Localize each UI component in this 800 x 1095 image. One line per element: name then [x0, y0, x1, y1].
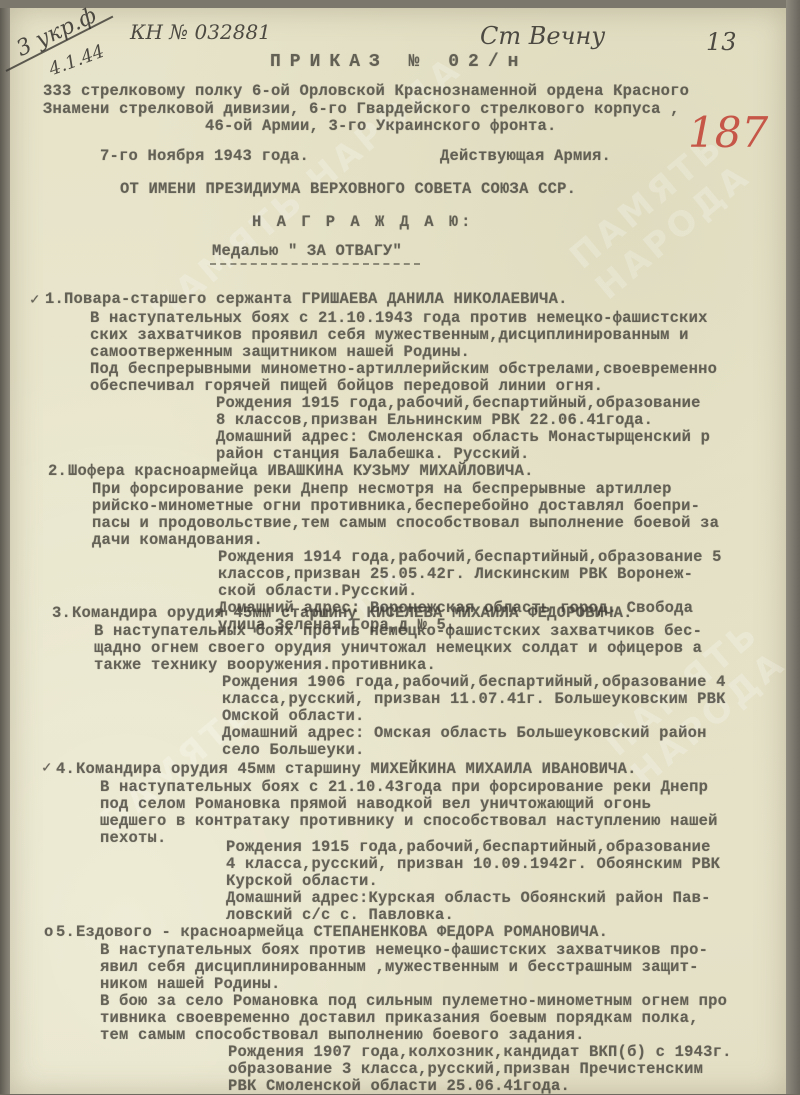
- unit-line-1: 333 стрелковому полку 6-ой Орловской Кра…: [43, 82, 689, 100]
- entry-5-text: ником нашей Родины.: [100, 975, 281, 993]
- entry-3-bio: Рождения 1906 года,рабочий,беспартийный,…: [222, 673, 726, 691]
- entry-5-text: тем самым способствовал выполнению боево…: [100, 1026, 585, 1044]
- entry-5-heading: Ездового - красноармейца СТЕПАНЕНКОВА ФЕ…: [76, 923, 608, 941]
- entry-2-text: дачи командования.: [92, 531, 263, 549]
- entry-1-number: 1.: [45, 290, 64, 308]
- order-location: Действующая Армия.: [440, 147, 611, 165]
- unit-line-2: Знамени стрелковой дивизии, 6-го Гвардей…: [43, 100, 680, 118]
- entry-3-number: 3.: [52, 604, 71, 622]
- entry-5-text: тивника своевременно доставил приказания…: [100, 1009, 699, 1027]
- entry-2-bio: классов,призван 25.05.42г. Лискинским РВ…: [218, 565, 693, 583]
- scan-top-edge: [0, 0, 800, 8]
- scan-right-edge: [786, 0, 800, 1094]
- entry-3-text: В наступательных боях против немецко-фаш…: [94, 622, 702, 640]
- entry-5-bio: РВК Смоленской области 25.06.41года.: [228, 1077, 570, 1094]
- order-title: ПРИКАЗ № 02/н: [270, 52, 527, 72]
- entry-4-text: под селом Романовка прямой наводкой вел …: [100, 795, 651, 813]
- entry-3-bio: класса,русский, призван 11.07.41г. Больш…: [222, 690, 726, 708]
- entry-4-bio: Домашний адрес:Курская область Обоянский…: [226, 889, 711, 907]
- entry-4-number: 4.: [56, 760, 75, 778]
- authority-line: ОТ ИМЕНИ ПРЕЗИДИУМА ВЕРХОВНОГО СОВЕТА СО…: [120, 180, 576, 198]
- entry-1-bio: Рождения 1915 года,рабочий,беспартийный,…: [216, 394, 701, 412]
- entry-1-bio: район станция Балабешка. Русский.: [216, 445, 530, 463]
- entry-1-text: самоотверженным защитником нашей Родины.: [90, 343, 470, 361]
- entry-4-bio: Рождения 1915 года,рабочий,беспартийный,…: [226, 838, 711, 856]
- entry-4-mark: ✓: [42, 758, 52, 777]
- entry-1-bio: Домашний адрес: Смоленская область Монас…: [216, 428, 710, 446]
- entry-4-text: пехоты.: [100, 829, 167, 847]
- entry-1-text: обеспечивал горячей пищей бойцов передов…: [90, 377, 603, 395]
- entry-3-bio: Омской области.: [222, 707, 365, 725]
- handwritten-page-number: 13: [706, 28, 737, 56]
- entry-4-bio: 4 класса,русский, призван 10.09.1942г. О…: [226, 855, 720, 873]
- entry-5-mark: о: [44, 923, 54, 941]
- entry-5-text: В наступательных боях против немецко-фаш…: [100, 941, 708, 959]
- handwritten-red-number: 187: [688, 108, 768, 157]
- entry-1-text: Под беспрерывными минометно-артиллерийск…: [90, 360, 717, 378]
- entry-3-heading: Командира орудия 45мм старшину КИСЕЛЕВА …: [72, 604, 633, 622]
- handwritten-archive-number: КН № 032881: [130, 20, 271, 44]
- entry-2-text: рийско-минометные огни противника,беспер…: [92, 497, 700, 515]
- entry-4-text: шедшего в контратаку противнику и способ…: [100, 812, 718, 830]
- entry-3-bio: село Большеуки.: [222, 741, 365, 759]
- entry-3-text: щадно огнем своего орудия уничтожал неме…: [94, 639, 702, 657]
- entry-5-bio: образование 3 класса,русский,призван Пре…: [228, 1060, 703, 1078]
- entry-5-text: В бою за село Романовка под сильным пуле…: [100, 992, 727, 1010]
- entry-5-number: 5.: [56, 923, 75, 941]
- entry-3-text: также технику вооружения.противника.: [94, 656, 436, 674]
- entry-1-text: В наступательных боях с 21.10.1943 года …: [90, 309, 708, 327]
- entry-1-mark: ✓: [30, 290, 40, 309]
- entry-1-text: ских захватчиков проявил себя мужественн…: [90, 326, 689, 344]
- award-verb: Н А Г Р А Ж Д А Ю:: [252, 213, 473, 231]
- entry-1-bio: 8 классов,призван Ельнинским РВК 22.06.4…: [216, 411, 653, 429]
- entry-5-bio: Рождения 1907 года,колхозник,кандидат ВК…: [228, 1043, 732, 1061]
- entry-2-number: 2.: [48, 462, 67, 480]
- entry-3-bio: Домашний адрес: Омская область Большеуко…: [222, 724, 707, 742]
- entry-2-heading: Шофера красноармейца ИВАШКИНА КУЗЬМУ МИХ…: [68, 462, 534, 480]
- entry-2-text: При форсирование реки Днепр несмотря на …: [92, 480, 672, 498]
- entry-4-bio: ловский с/с с. Павловка.: [226, 906, 454, 924]
- entry-4-heading: Командира орудия 45мм старшину МИХЕЙКИНА…: [76, 760, 637, 778]
- entry-4-bio: Курской области.: [226, 872, 378, 890]
- entry-2-bio: ской области.Русский.: [218, 582, 418, 600]
- entry-2-text: пасы и продовольствие,тем самым способст…: [92, 514, 719, 532]
- medal-underline: [210, 263, 420, 267]
- medal-name: Медалью " ЗА ОТВАГУ": [212, 242, 402, 260]
- entry-5-text: явил себя дисциплинированным ,мужественн…: [100, 958, 699, 976]
- unit-line-3: 46-ой Армии, 3-го Украинского фронта.: [205, 117, 557, 135]
- order-date: 7-го Ноября 1943 года.: [100, 147, 309, 165]
- entry-2-bio: Рождения 1914 года,рабочий,беспартийный,…: [218, 548, 722, 566]
- handwritten-signature: Ст Вечну: [480, 22, 605, 50]
- entry-4-text: В наступательных боях с 21.10.43года при…: [100, 778, 708, 796]
- entry-1-heading: Повара-старшего сержанта ГРИШАЕВА ДАНИЛА…: [64, 290, 568, 308]
